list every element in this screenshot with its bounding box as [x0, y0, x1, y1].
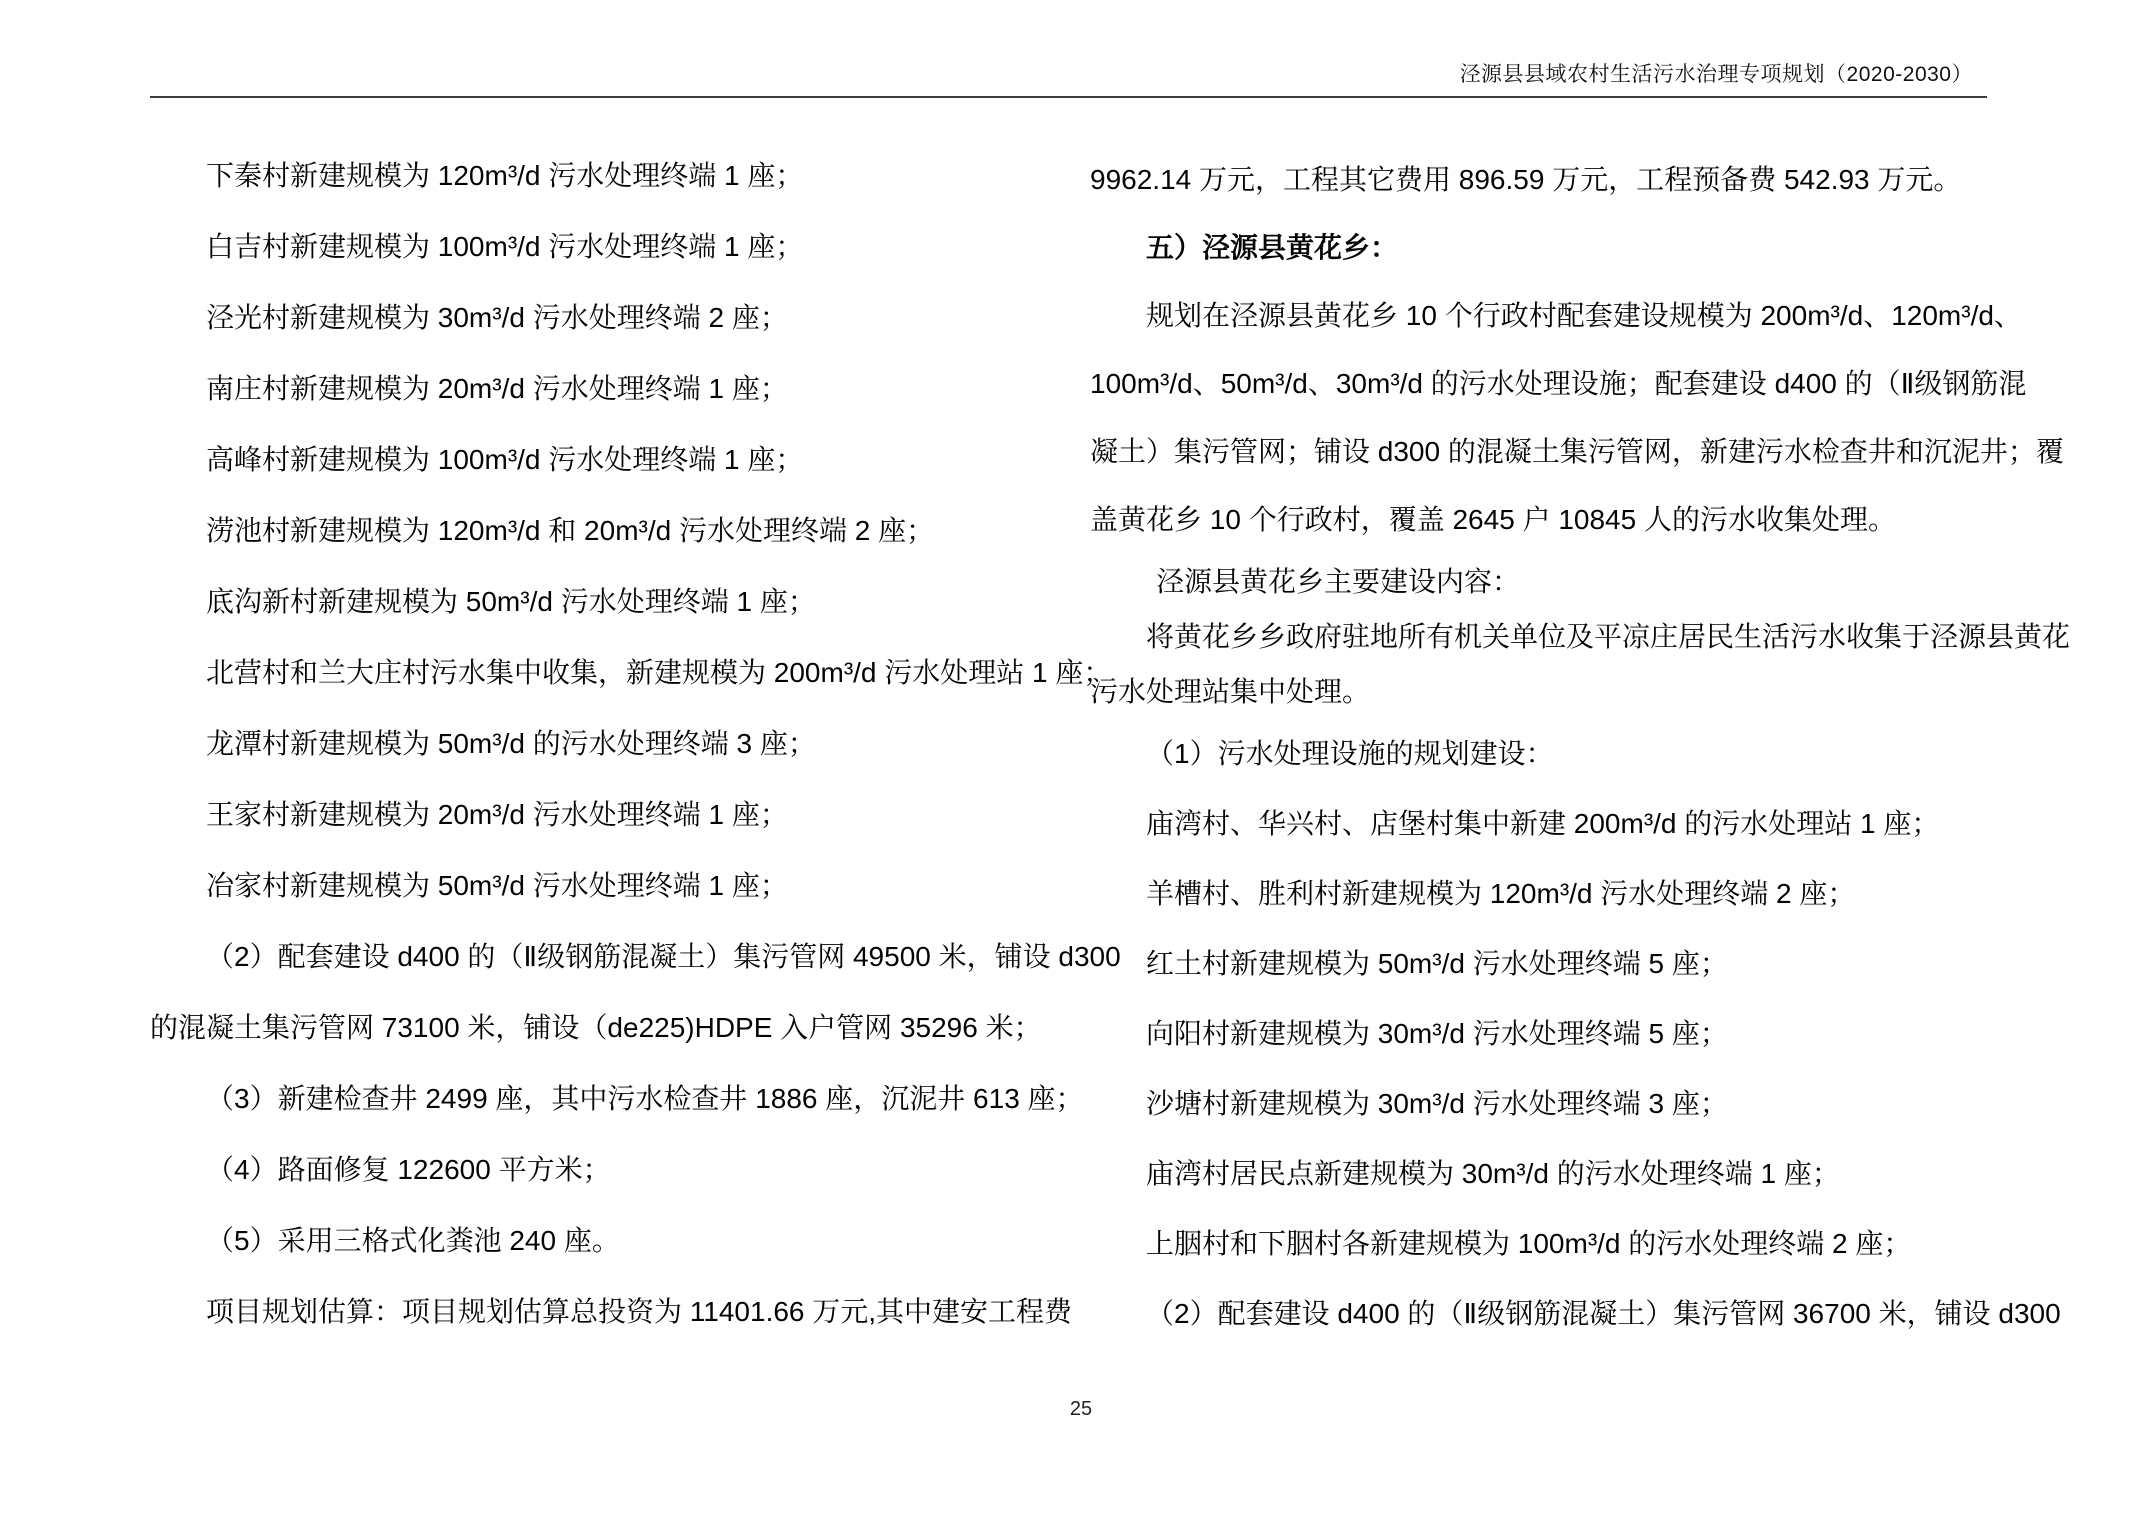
paragraph-line: 凝土）集污管网；铺设 d300 的混凝土集污管网，新建污水检查井和沉泥井；覆: [1090, 418, 1988, 486]
paragraph-line: 的混凝土集污管网 73100 米，铺设（de225)HDPE 入户管网 3529…: [150, 992, 1062, 1063]
paragraph-line: 庙湾村居民点新建规模为 30m³/d 的污水处理终端 1 座；: [1090, 1139, 1988, 1209]
page-header: 泾源县县域农村生活污水治理专项规划（2020-2030）: [1460, 58, 1973, 88]
header-title: 泾源县县域农村生活污水治理专项规划（2020-2030）: [1460, 63, 1973, 86]
paragraph-line: 泾源县黄花乡主要建设内容：: [1090, 554, 1988, 609]
paragraph-line: 上胭村和下胭村各新建规模为 100m³/d 的污水处理终端 2 座；: [1090, 1209, 1988, 1279]
document-page: 泾源县县域农村生活污水治理专项规划（2020-2030） 下秦村新建规模为 12…: [0, 0, 2144, 1515]
paragraph-line: （3）新建检查井 2499 座，其中污水检查井 1886 座，沉泥井 613 座…: [150, 1063, 1062, 1134]
paragraph-line: 涝池村新建规模为 120m³/d 和 20m³/d 污水处理终端 2 座；: [150, 495, 1062, 566]
paragraph-line: 将黄花乡乡政府驻地所有机关单位及平凉庄居民生活污水收集于泾源县黄花: [1090, 609, 1988, 664]
paragraph-line: （2）配套建设 d400 的（Ⅱ级钢筋混凝土）集污管网 36700 米，铺设 d…: [1090, 1279, 1988, 1349]
paragraph-line: 庙湾村、华兴村、店堡村集中新建 200m³/d 的污水处理站 1 座；: [1090, 789, 1988, 859]
paragraph-line: （5）采用三格式化粪池 240 座。: [150, 1205, 1062, 1276]
paragraph-line: 项目规划估算：项目规划估算总投资为 11401.66 万元,其中建安工程费: [150, 1276, 1062, 1347]
paragraph-line: （1）污水处理设施的规划建设：: [1090, 719, 1988, 789]
paragraph-line: 红土村新建规模为 50m³/d 污水处理终端 5 座；: [1090, 929, 1988, 999]
left-column: 下秦村新建规模为 120m³/d 污水处理终端 1 座； 白吉村新建规模为 10…: [150, 140, 1062, 1347]
paragraph-line: 南庄村新建规模为 20m³/d 污水处理终端 1 座；: [150, 353, 1062, 424]
page-number: 25: [0, 1398, 2144, 1421]
paragraph-line: 下秦村新建规模为 120m³/d 污水处理终端 1 座；: [150, 140, 1062, 211]
paragraph-line: 泾光村新建规模为 30m³/d 污水处理终端 2 座；: [150, 282, 1062, 353]
right-column: 9962.14 万元，工程其它费用 896.59 万元，工程预备费 542.93…: [1090, 146, 1988, 1349]
section-heading: 五）泾源县黄花乡：: [1090, 214, 1988, 282]
paragraph-line: （4）路面修复 122600 平方米；: [150, 1134, 1062, 1205]
paragraph-line: 龙潭村新建规模为 50m³/d 的污水处理终端 3 座；: [150, 708, 1062, 779]
header-rule: [150, 96, 1987, 98]
paragraph-line: 盖黄花乡 10 个行政村，覆盖 2645 户 10845 人的污水收集处理。: [1090, 486, 1988, 554]
paragraph-line: 沙塘村新建规模为 30m³/d 污水处理终端 3 座；: [1090, 1069, 1988, 1139]
paragraph-line: 白吉村新建规模为 100m³/d 污水处理终端 1 座；: [150, 211, 1062, 282]
paragraph-line: 9962.14 万元，工程其它费用 896.59 万元，工程预备费 542.93…: [1090, 146, 1988, 214]
paragraph-line: 规划在泾源县黄花乡 10 个行政村配套建设规模为 200m³/d、120m³/d…: [1090, 282, 1988, 350]
paragraph-line: 北营村和兰大庄村污水集中收集，新建规模为 200m³/d 污水处理站 1 座；: [150, 637, 1062, 708]
paragraph-line: 向阳村新建规模为 30m³/d 污水处理终端 5 座；: [1090, 999, 1988, 1069]
paragraph-line: 王家村新建规模为 20m³/d 污水处理终端 1 座；: [150, 779, 1062, 850]
paragraph-line: 冶家村新建规模为 50m³/d 污水处理终端 1 座；: [150, 850, 1062, 921]
paragraph-line: 高峰村新建规模为 100m³/d 污水处理终端 1 座；: [150, 424, 1062, 495]
paragraph-line: 污水处理站集中处理。: [1090, 664, 1988, 719]
paragraph-line: 羊槽村、胜利村新建规模为 120m³/d 污水处理终端 2 座；: [1090, 859, 1988, 929]
paragraph-line: 底沟新村新建规模为 50m³/d 污水处理终端 1 座；: [150, 566, 1062, 637]
paragraph-line: （2）配套建设 d400 的（Ⅱ级钢筋混凝土）集污管网 49500 米，铺设 d…: [150, 921, 1062, 992]
paragraph-line: 100m³/d、50m³/d、30m³/d 的污水处理设施；配套建设 d400 …: [1090, 350, 1988, 418]
